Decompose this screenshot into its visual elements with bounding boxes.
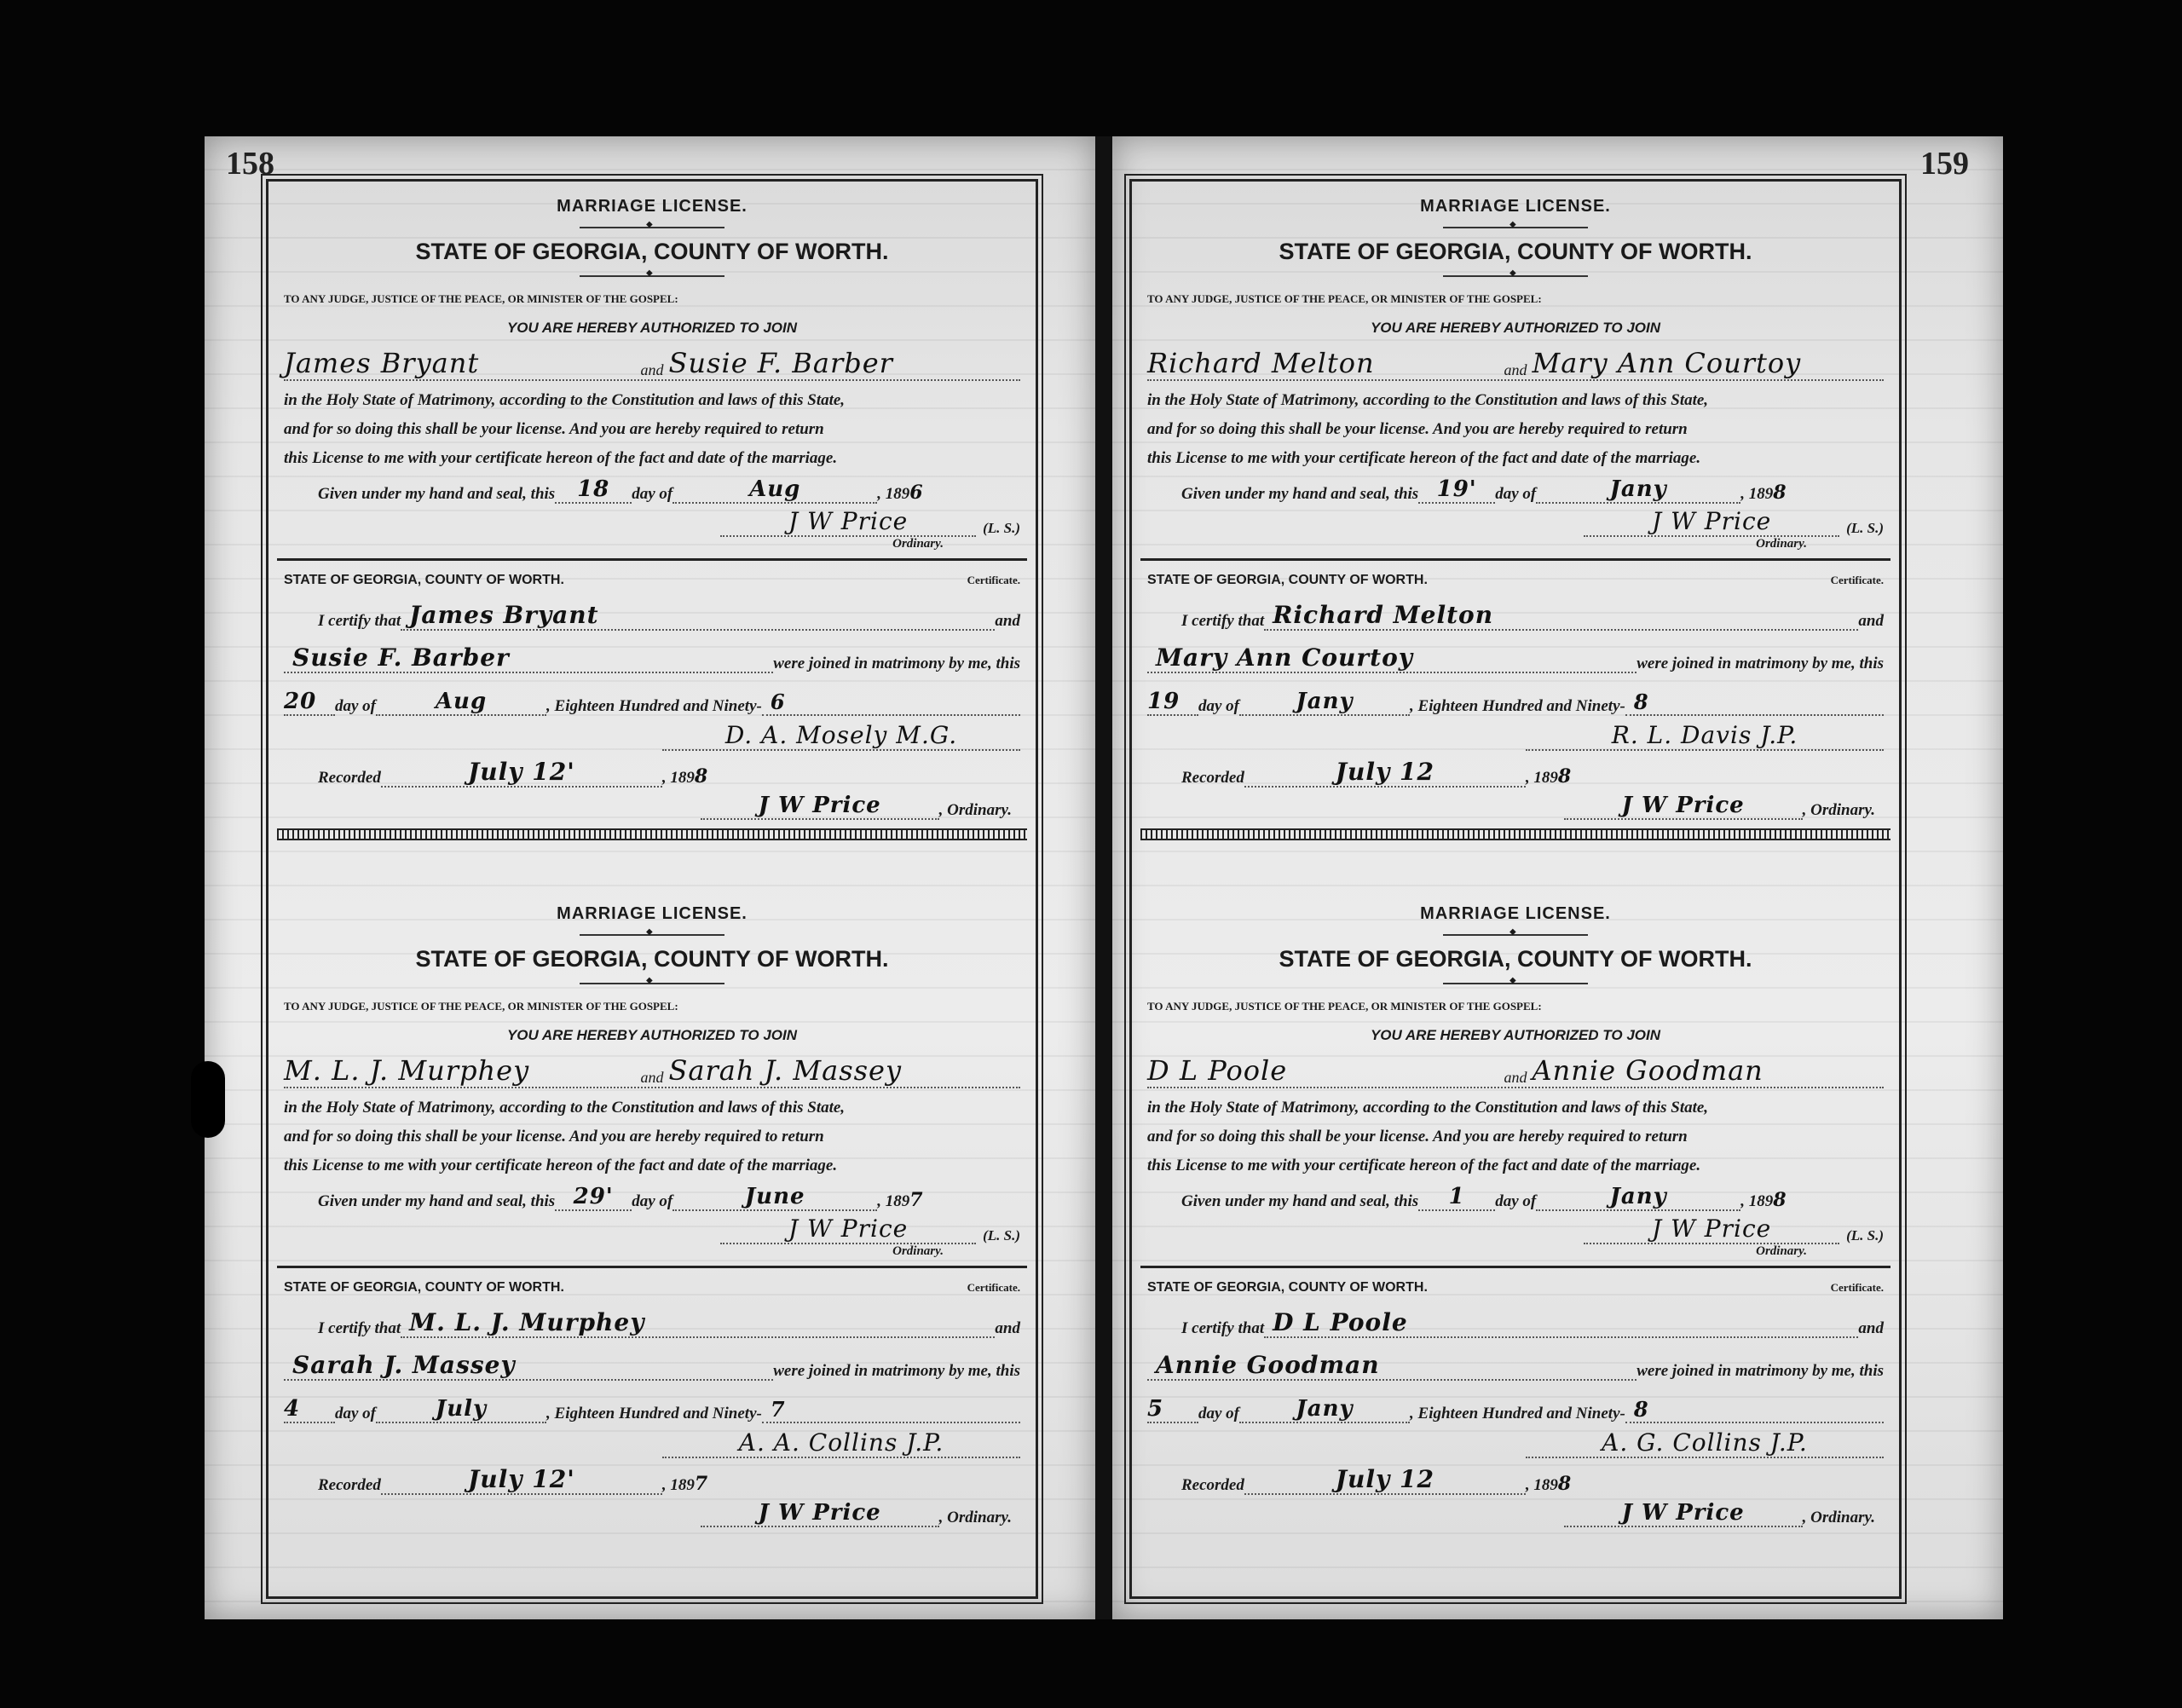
recorded-year-digit: 8 <box>695 765 708 788</box>
marriage-license: MARRIAGE LICENSE. STATE OF GEORGIA, COUN… <box>268 197 1036 551</box>
address-line: TO ANY JUDGE, JUSTICE OF THE PEACE, OR M… <box>284 292 1020 306</box>
license-title: MARRIAGE LICENSE. <box>284 197 1020 216</box>
bride-name: Annie Goodman <box>1533 1054 1885 1087</box>
body-text-line: and for so doing this shall be your lice… <box>1147 420 1884 439</box>
certificate-state-heading: STATE OF GEORGIA, COUNTY OF WORTH. <box>284 573 564 588</box>
groom-name: James Bryant <box>284 347 636 379</box>
officiant-signature: D. A. Mosely M.G. <box>662 721 1020 751</box>
names-line: M. L. J. Murphey and Sarah J. Massey <box>284 1049 1020 1088</box>
certificate-header: STATE OF GEORGIA, COUNTY OF WORTH. Certi… <box>284 573 1020 588</box>
given-prefix: Given under my hand and seal, this <box>1181 485 1418 504</box>
state-heading: STATE OF GEORGIA, COUNTY OF WORTH. <box>1147 239 1884 265</box>
ordinary-label: , Ordinary. <box>1803 801 1875 820</box>
ls-label: (L. S.) <box>976 520 1020 537</box>
marriage-year-digit: 6 <box>762 690 1020 716</box>
certificate-bride: Mary Ann Courtoy <box>1147 643 1636 673</box>
license-title: MARRIAGE LICENSE. <box>284 904 1020 924</box>
officiant-line: A. A. Collins J.P. <box>284 1428 1020 1458</box>
given-day: 1 <box>1418 1184 1495 1211</box>
given-year-digit: 8 <box>1773 1189 1787 1211</box>
body-text-line: this License to me with your certificate… <box>1147 1157 1884 1175</box>
given-line: Given under my hand and seal, this 18 da… <box>284 476 1020 504</box>
body-text-line: and for so doing this shall be your lice… <box>284 1128 1020 1146</box>
ordinary-label: Ordinary. <box>284 537 1020 551</box>
recorded-line: Recorded July 12 , 189 8 <box>1147 1465 1884 1495</box>
given-prefix: Given under my hand and seal, this <box>318 485 555 504</box>
day-of-label: day of <box>1495 1192 1536 1211</box>
authorized-line: YOU ARE HEREBY AUTHORIZED TO JOIN <box>284 320 1020 337</box>
body-text-line: in the Holy State of Matrimony, accordin… <box>1147 391 1884 410</box>
joined-line: Annie Goodman were joined in matrimony b… <box>1147 1345 1884 1381</box>
given-month: Aug <box>672 476 877 504</box>
page-frame: MARRIAGE LICENSE. STATE OF GEORGIA, COUN… <box>1129 179 1902 1599</box>
officiant-signature: A. A. Collins J.P. <box>662 1428 1020 1458</box>
recorded-date: July 12' <box>381 1465 662 1495</box>
ordinary-signature: J W Price <box>1564 1500 1803 1527</box>
and-label: and <box>636 361 669 379</box>
marriage-license: MARRIAGE LICENSE. STATE OF GEORGIA, COUN… <box>1132 904 1899 1259</box>
license-signature-line: J W Price (L. S.) <box>1147 507 1884 537</box>
marriage-month: Jany <box>1239 1396 1410 1423</box>
body-text-line: in the Holy State of Matrimony, accordin… <box>284 1099 1020 1117</box>
ordinary-signature: J W Price <box>1564 793 1803 820</box>
ornament-divider <box>1443 983 1588 984</box>
marriage-month: Aug <box>376 689 546 716</box>
given-day: 19' <box>1418 476 1495 504</box>
certify-prefix: I certify that <box>318 1319 401 1338</box>
divider-rule <box>277 558 1027 561</box>
marriage-date-line: 20 day of Aug , Eighteen Hundred and Nin… <box>284 680 1020 716</box>
groom-name: Richard Melton <box>1147 347 1499 379</box>
marriage-license: MARRIAGE LICENSE. STATE OF GEORGIA, COUN… <box>268 904 1036 1259</box>
certificate-label: Certificate. <box>967 574 1020 587</box>
recorded-line: Recorded July 12 , 189 8 <box>1147 758 1884 788</box>
ordinary-label: Ordinary. <box>1147 537 1884 551</box>
license-signature-line: J W Price (L. S.) <box>1147 1215 1884 1244</box>
year-text: , Eighteen Hundred and Ninety- <box>1410 697 1625 716</box>
body-text-line: and for so doing this shall be your lice… <box>1147 1128 1884 1146</box>
recorded-date: July 12 <box>1244 758 1526 788</box>
hatched-divider <box>277 828 1027 840</box>
year-prefix: , 189 <box>877 485 909 504</box>
marriage-record: MARRIAGE LICENSE. STATE OF GEORGIA, COUN… <box>1132 889 1899 1527</box>
marriage-date-line: 19 day of Jany , Eighteen Hundred and Ni… <box>1147 680 1884 716</box>
recorded-label: Recorded <box>1181 1476 1244 1495</box>
certificate-groom: James Bryant <box>401 601 995 631</box>
ordinary-label: , Ordinary. <box>939 801 1012 820</box>
authorized-line: YOU ARE HEREBY AUTHORIZED TO JOIN <box>284 1027 1020 1044</box>
year-prefix: , 189 <box>1740 485 1773 504</box>
marriage-record: MARRIAGE LICENSE. STATE OF GEORGIA, COUN… <box>268 889 1036 1527</box>
ornament-divider <box>580 227 724 228</box>
certificate-bride: Annie Goodman <box>1147 1351 1636 1381</box>
and-label: and <box>636 1069 669 1087</box>
body-text-line: this License to me with your certificate… <box>284 1157 1020 1175</box>
certificate-header: STATE OF GEORGIA, COUNTY OF WORTH. Certi… <box>1147 573 1884 588</box>
ordinary-signature: J W Price <box>701 1500 939 1527</box>
marriage-record: MARRIAGE LICENSE. STATE OF GEORGIA, COUN… <box>268 182 1036 840</box>
divider-rule <box>1140 558 1890 561</box>
thumb-shadow <box>191 1061 225 1138</box>
divider-rule <box>277 1266 1027 1268</box>
ordinary-signature: J W Price <box>701 793 939 820</box>
ornament-divider <box>580 983 724 984</box>
open-register-book: 158 MARRIAGE LICENSE. STATE OF GEORGIA, … <box>205 136 2003 1619</box>
body-text-line: in the Holy State of Matrimony, accordin… <box>1147 1099 1884 1117</box>
names-line: D L Poole and Annie Goodman <box>1147 1049 1884 1088</box>
day-of-label: day of <box>1495 485 1536 504</box>
day-of-label: day of <box>632 1192 672 1211</box>
given-prefix: Given under my hand and seal, this <box>318 1192 555 1211</box>
recorded-year-digit: 8 <box>1558 765 1572 788</box>
body-text-line: this License to me with your certificate… <box>284 449 1020 468</box>
marriage-day: 5 <box>1147 1396 1198 1423</box>
address-line: TO ANY JUDGE, JUSTICE OF THE PEACE, OR M… <box>1147 292 1884 306</box>
and-label: and <box>1499 1069 1533 1087</box>
marriage-year-digit: 8 <box>1625 1397 1884 1423</box>
joined-text: were joined in matrimony by me, this <box>1636 1362 1884 1381</box>
hatched-divider <box>1140 828 1890 840</box>
and-label: and <box>995 612 1020 631</box>
ls-label: (L. S.) <box>1839 1227 1884 1244</box>
ls-label: (L. S.) <box>1839 520 1884 537</box>
authorized-line: YOU ARE HEREBY AUTHORIZED TO JOIN <box>1147 320 1884 337</box>
state-heading: STATE OF GEORGIA, COUNTY OF WORTH. <box>284 946 1020 972</box>
recorded-year-digit: 7 <box>695 1473 708 1495</box>
state-heading: STATE OF GEORGIA, COUNTY OF WORTH. <box>1147 946 1884 972</box>
ornament-divider <box>1443 227 1588 228</box>
ls-label: (L. S.) <box>976 1227 1020 1244</box>
given-day: 29' <box>555 1184 632 1211</box>
certificate-state-heading: STATE OF GEORGIA, COUNTY OF WORTH. <box>1147 573 1428 588</box>
certify-prefix: I certify that <box>1181 612 1264 631</box>
given-year-digit: 7 <box>909 1189 923 1211</box>
given-month: Jany <box>1536 476 1740 504</box>
marriage-record: MARRIAGE LICENSE. STATE OF GEORGIA, COUN… <box>1132 182 1899 840</box>
recorded-year-prefix: , 189 <box>662 769 695 788</box>
body-text-line: in the Holy State of Matrimony, accordin… <box>284 391 1020 410</box>
recorded-label: Recorded <box>1181 769 1244 788</box>
names-line: Richard Melton and Mary Ann Courtoy <box>1147 342 1884 381</box>
certificate-label: Certificate. <box>967 1281 1020 1295</box>
ordinary-signature: J W Price <box>1584 507 1839 537</box>
year-text: , Eighteen Hundred and Ninety- <box>546 697 762 716</box>
certificate-state-heading: STATE OF GEORGIA, COUNTY OF WORTH. <box>1147 1280 1428 1295</box>
certificate: STATE OF GEORGIA, COUNTY OF WORTH. Certi… <box>268 573 1036 820</box>
bride-name: Mary Ann Courtoy <box>1533 347 1885 379</box>
body-text-line: this License to me with your certificate… <box>1147 449 1884 468</box>
license-signature-line: J W Price (L. S.) <box>284 507 1020 537</box>
joined-text: were joined in matrimony by me, this <box>773 1362 1020 1381</box>
recorded-year-prefix: , 189 <box>1526 1476 1558 1495</box>
given-line: Given under my hand and seal, this 29' d… <box>284 1184 1020 1211</box>
certificate-state-heading: STATE OF GEORGIA, COUNTY OF WORTH. <box>284 1280 564 1295</box>
officiant-line: D. A. Mosely M.G. <box>284 721 1020 751</box>
ordinary-signature-line: J W Price , Ordinary. <box>284 1500 1020 1527</box>
marriage-day: 20 <box>284 689 335 716</box>
marriage-day: 4 <box>284 1396 335 1423</box>
groom-name: M. L. J. Murphey <box>284 1054 636 1087</box>
ordinary-signature: J W Price <box>1584 1215 1839 1244</box>
ordinary-signature-line: J W Price , Ordinary. <box>1147 1500 1884 1527</box>
given-prefix: Given under my hand and seal, this <box>1181 1192 1418 1211</box>
names-line: James Bryant and Susie F. Barber <box>284 342 1020 381</box>
and-label: and <box>1858 1319 1884 1338</box>
license-title: MARRIAGE LICENSE. <box>1147 197 1884 216</box>
ordinary-signature: J W Price <box>720 507 976 537</box>
license-signature-line: J W Price (L. S.) <box>284 1215 1020 1244</box>
ordinary-label: Ordinary. <box>1147 1244 1884 1259</box>
recorded-line: Recorded July 12' , 189 7 <box>284 1465 1020 1495</box>
joined-text: were joined in matrimony by me, this <box>773 655 1020 673</box>
marriage-month: Jany <box>1239 689 1410 716</box>
given-year-digit: 8 <box>1773 482 1787 504</box>
joined-text: were joined in matrimony by me, this <box>1636 655 1884 673</box>
certificate: STATE OF GEORGIA, COUNTY OF WORTH. Certi… <box>268 1280 1036 1527</box>
page-number: 159 <box>1920 145 1969 182</box>
joined-line: Susie F. Barber were joined in matrimony… <box>284 638 1020 673</box>
certificate-label: Certificate. <box>1831 1281 1884 1295</box>
page-frame: MARRIAGE LICENSE. STATE OF GEORGIA, COUN… <box>266 179 1038 1599</box>
marriage-month: July <box>376 1396 546 1423</box>
ornament-divider <box>580 934 724 936</box>
officiant-signature: A. G. Collins J.P. <box>1526 1428 1884 1458</box>
certificate-groom: Richard Melton <box>1264 601 1858 631</box>
marriage-year-digit: 7 <box>762 1397 1020 1423</box>
recorded-label: Recorded <box>318 769 381 788</box>
certificate-label: Certificate. <box>1831 574 1884 587</box>
address-line: TO ANY JUDGE, JUSTICE OF THE PEACE, OR M… <box>1147 1000 1884 1013</box>
page-left: 158 MARRIAGE LICENSE. STATE OF GEORGIA, … <box>205 136 1095 1619</box>
given-line: Given under my hand and seal, this 19' d… <box>1147 476 1884 504</box>
ornament-divider <box>1443 934 1588 936</box>
body-text-line: and for so doing this shall be your lice… <box>284 420 1020 439</box>
license-title: MARRIAGE LICENSE. <box>1147 904 1884 924</box>
certificate-header: STATE OF GEORGIA, COUNTY OF WORTH. Certi… <box>284 1280 1020 1295</box>
ordinary-signature-line: J W Price , Ordinary. <box>284 793 1020 820</box>
ornament-divider <box>580 275 724 277</box>
recorded-line: Recorded July 12' , 189 8 <box>284 758 1020 788</box>
and-label: and <box>995 1319 1020 1338</box>
marriage-day: 19 <box>1147 689 1198 716</box>
officiant-signature: R. L. Davis J.P. <box>1526 721 1884 751</box>
divider-rule <box>1140 1266 1890 1268</box>
given-day: 18 <box>555 476 632 504</box>
certificate: STATE OF GEORGIA, COUNTY OF WORTH. Certi… <box>1132 1280 1899 1527</box>
joined-line: Mary Ann Courtoy were joined in matrimon… <box>1147 638 1884 673</box>
recorded-date: July 12' <box>381 758 662 788</box>
ordinary-label: , Ordinary. <box>1803 1509 1875 1527</box>
state-heading: STATE OF GEORGIA, COUNTY OF WORTH. <box>284 239 1020 265</box>
groom-name: D L Poole <box>1147 1054 1499 1087</box>
ordinary-signature-line: J W Price , Ordinary. <box>1147 793 1884 820</box>
day-of-label: day of <box>1198 697 1239 716</box>
ordinary-label: , Ordinary. <box>939 1509 1012 1527</box>
certify-line: I certify that Richard Melton and <box>1147 595 1884 631</box>
marriage-license: MARRIAGE LICENSE. STATE OF GEORGIA, COUN… <box>1132 197 1899 551</box>
ordinary-signature: J W Price <box>720 1215 976 1244</box>
recorded-label: Recorded <box>318 1476 381 1495</box>
bride-name: Sarah J. Massey <box>669 1054 1021 1087</box>
marriage-year-digit: 8 <box>1625 690 1884 716</box>
certify-prefix: I certify that <box>318 612 401 631</box>
given-month: Jany <box>1536 1184 1740 1211</box>
given-year-digit: 6 <box>909 482 923 504</box>
and-label: and <box>1858 612 1884 631</box>
ordinary-label: Ordinary. <box>284 1244 1020 1259</box>
certify-prefix: I certify that <box>1181 1319 1264 1338</box>
year-prefix: , 189 <box>877 1192 909 1211</box>
recorded-year-digit: 8 <box>1558 1473 1572 1495</box>
given-line: Given under my hand and seal, this 1 day… <box>1147 1184 1884 1211</box>
ornament-divider <box>1443 275 1588 277</box>
officiant-line: A. G. Collins J.P. <box>1147 1428 1884 1458</box>
and-label: and <box>1499 361 1533 379</box>
given-month: June <box>672 1184 877 1211</box>
certify-line: I certify that M. L. J. Murphey and <box>284 1302 1020 1338</box>
recorded-date: July 12 <box>1244 1465 1526 1495</box>
page-right: 159 MARRIAGE LICENSE. STATE OF GEORGIA, … <box>1112 136 2003 1619</box>
year-text: , Eighteen Hundred and Ninety- <box>546 1405 762 1423</box>
day-of-label: day of <box>1198 1405 1239 1423</box>
recorded-year-prefix: , 189 <box>662 1476 695 1495</box>
book-gutter <box>1095 136 1112 1619</box>
certificate-groom: M. L. J. Murphey <box>401 1308 995 1338</box>
address-line: TO ANY JUDGE, JUSTICE OF THE PEACE, OR M… <box>284 1000 1020 1013</box>
year-prefix: , 189 <box>1740 1192 1773 1211</box>
certify-line: I certify that D L Poole and <box>1147 1302 1884 1338</box>
bride-name: Susie F. Barber <box>669 347 1021 379</box>
authorized-line: YOU ARE HEREBY AUTHORIZED TO JOIN <box>1147 1027 1884 1044</box>
joined-line: Sarah J. Massey were joined in matrimony… <box>284 1345 1020 1381</box>
day-of-label: day of <box>335 1405 376 1423</box>
officiant-line: R. L. Davis J.P. <box>1147 721 1884 751</box>
certify-line: I certify that James Bryant and <box>284 595 1020 631</box>
certificate-bride: Sarah J. Massey <box>284 1351 773 1381</box>
day-of-label: day of <box>335 697 376 716</box>
recorded-year-prefix: , 189 <box>1526 769 1558 788</box>
certificate: STATE OF GEORGIA, COUNTY OF WORTH. Certi… <box>1132 573 1899 820</box>
marriage-date-line: 5 day of Jany , Eighteen Hundred and Nin… <box>1147 1388 1884 1423</box>
certificate-bride: Susie F. Barber <box>284 643 773 673</box>
certificate-groom: D L Poole <box>1264 1308 1858 1338</box>
marriage-date-line: 4 day of July , Eighteen Hundred and Nin… <box>284 1388 1020 1423</box>
page-number: 158 <box>226 145 274 182</box>
certificate-header: STATE OF GEORGIA, COUNTY OF WORTH. Certi… <box>1147 1280 1884 1295</box>
day-of-label: day of <box>632 485 672 504</box>
year-text: , Eighteen Hundred and Ninety- <box>1410 1405 1625 1423</box>
